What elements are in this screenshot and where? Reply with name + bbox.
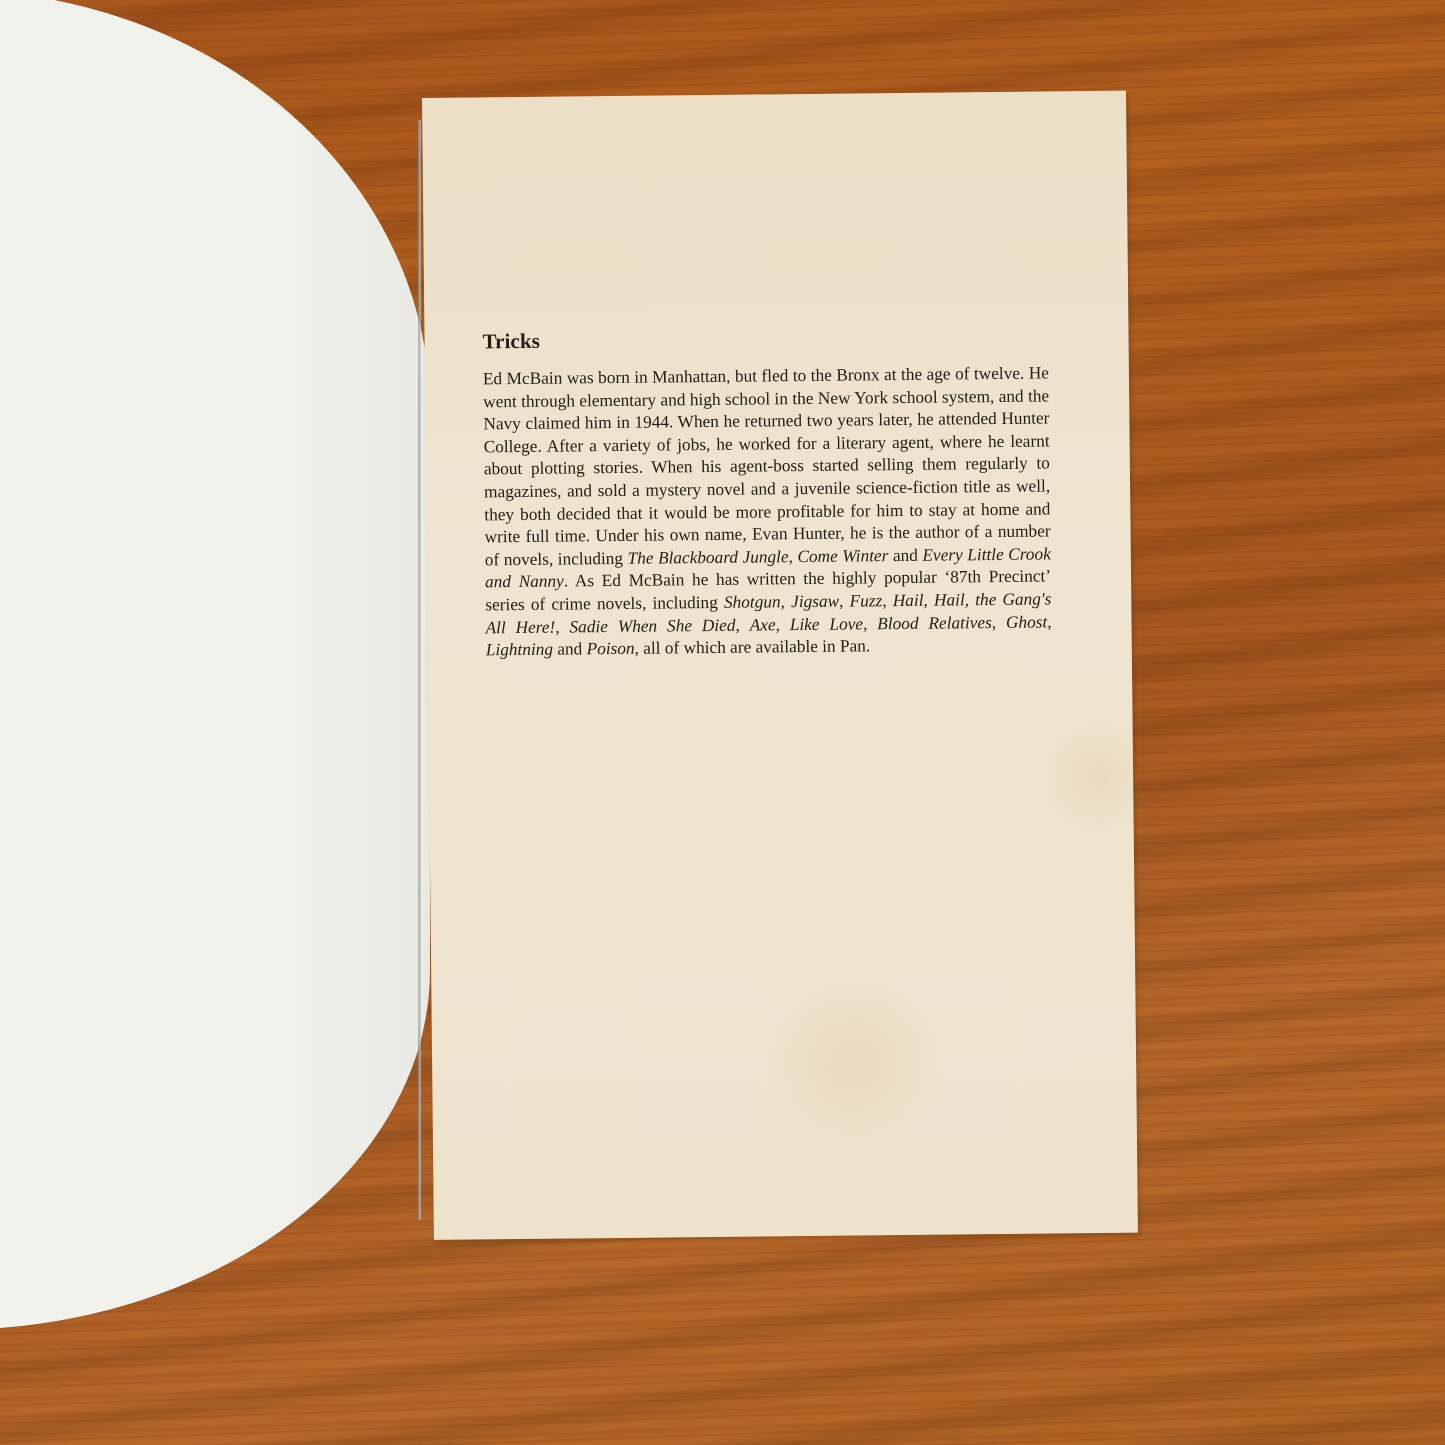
- bio-segment: and: [888, 546, 922, 565]
- left-blank-page: [0, 0, 430, 1330]
- bio-segment: ,: [839, 591, 850, 610]
- bio-segment: ,: [863, 614, 877, 633]
- bio-segment: ,: [781, 592, 792, 611]
- book-title: Jigsaw: [791, 592, 839, 612]
- bio-segment: ,: [775, 615, 789, 634]
- bio-segment: Ed McBain was born in Manhattan, but fle…: [483, 363, 1051, 569]
- author-bio-text: Ed McBain was born in Manhattan, but fle…: [483, 362, 1052, 662]
- book-title: Sadie When She Died: [569, 615, 735, 636]
- page-title: Tricks: [482, 323, 1048, 354]
- book-title: Shotgun: [724, 592, 781, 612]
- bio-segment: , all of which are available in Pan.: [635, 636, 871, 657]
- book-title: Axe: [750, 615, 776, 634]
- author-bio-block: Tricks Ed McBain was born in Manhattan, …: [482, 323, 1051, 662]
- book-title: Ghost: [1006, 612, 1047, 631]
- bio-segment: ,: [735, 615, 749, 634]
- book-title: Blood Relatives: [877, 613, 992, 633]
- bio-segment: ,: [555, 617, 569, 636]
- bio-segment: ,: [788, 547, 797, 566]
- bio-segment: and: [553, 639, 587, 658]
- bio-segment: ,: [992, 612, 1006, 631]
- bio-segment: ,: [1047, 612, 1052, 631]
- book-spine-gutter: [418, 120, 421, 1220]
- book-title: Come Winter: [797, 546, 888, 566]
- book-title: Fuzz: [850, 591, 883, 610]
- book-title: Lightning: [486, 640, 553, 660]
- book-title: Like Love: [790, 614, 863, 634]
- right-page: Tricks Ed McBain was born in Manhattan, …: [422, 91, 1138, 1240]
- book-title: Poison: [586, 639, 634, 659]
- book-title: The Blackboard Jungle: [627, 547, 788, 568]
